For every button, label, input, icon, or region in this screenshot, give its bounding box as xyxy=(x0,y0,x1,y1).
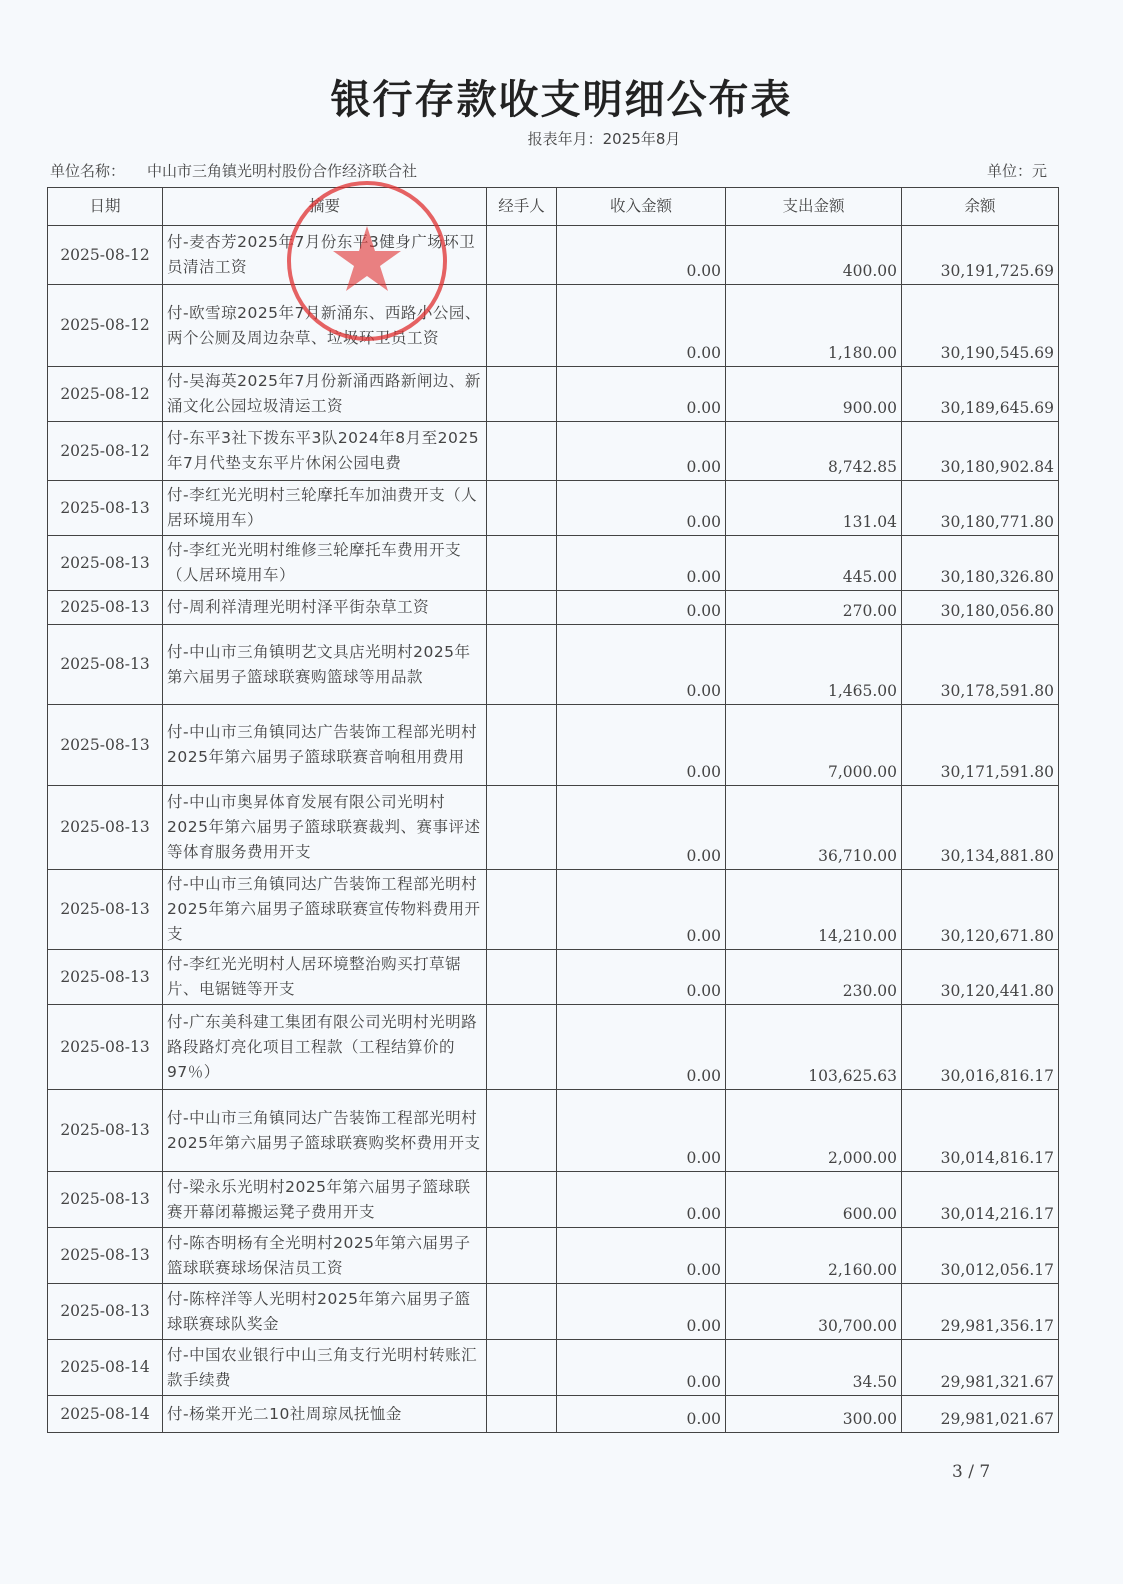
handler-cell xyxy=(487,870,557,950)
table-row: 2025-08-13付-中山市三角镇同达广告装饰工程部光明村2025年第六届男子… xyxy=(48,870,1059,950)
expense-cell: 445.00 xyxy=(726,536,902,591)
date-cell: 2025-08-12 xyxy=(48,285,163,367)
balance-cell: 30,171,591.80 xyxy=(902,705,1059,786)
summary-cell: 付-李红光光明村三轮摩托车加油费开支（人居环境用车） xyxy=(163,481,487,536)
handler-cell xyxy=(487,950,557,1005)
balance-cell: 30,134,881.80 xyxy=(902,786,1059,870)
balance-cell: 30,120,671.80 xyxy=(902,870,1059,950)
header-handler: 经手人 xyxy=(487,188,557,226)
summary-cell: 付-杨棠开光二10社周琼凤抚恤金 xyxy=(163,1396,487,1433)
balance-cell: 30,180,326.80 xyxy=(902,536,1059,591)
expense-cell: 270.00 xyxy=(726,591,902,625)
expense-cell: 1,465.00 xyxy=(726,625,902,705)
balance-cell: 29,981,021.67 xyxy=(902,1396,1059,1433)
handler-cell xyxy=(487,536,557,591)
income-cell: 0.00 xyxy=(557,536,726,591)
summary-cell: 付-中山市三角镇同达广告装饰工程部光明村2025年第六届男子篮球联赛购奖杯费用开… xyxy=(163,1090,487,1172)
expense-cell: 14,210.00 xyxy=(726,870,902,950)
date-cell: 2025-08-13 xyxy=(48,870,163,950)
summary-cell: 付-欧雪琼2025年7月新涌东、西路小公园、两个公厕及周边杂草、垃圾环卫员工资 xyxy=(163,285,487,367)
expense-cell: 103,625.63 xyxy=(726,1005,902,1090)
balance-cell: 30,190,545.69 xyxy=(902,285,1059,367)
date-cell: 2025-08-14 xyxy=(48,1396,163,1433)
balance-cell: 30,178,591.80 xyxy=(902,625,1059,705)
expense-cell: 30,700.00 xyxy=(726,1284,902,1340)
header-summary: 摘要 xyxy=(163,188,487,226)
expense-cell: 230.00 xyxy=(726,950,902,1005)
summary-cell: 付-陈杏明杨有全光明村2025年第六届男子篮球联赛球场保洁员工资 xyxy=(163,1228,487,1284)
date-cell: 2025-08-13 xyxy=(48,1284,163,1340)
expense-cell: 1,180.00 xyxy=(726,285,902,367)
summary-cell: 付-中山市奥昇体育发展有限公司光明村2025年第六届男子篮球联赛裁判、赛事评述等… xyxy=(163,786,487,870)
table-row: 2025-08-13付-李红光光明村人居环境整治购买打草锯片、电锯链等开支0.0… xyxy=(48,950,1059,1005)
income-cell: 0.00 xyxy=(557,226,726,285)
summary-cell: 付-东平3社下拨东平3队2024年8月至2025年7月代垫支东平片休闲公园电费 xyxy=(163,422,487,481)
expense-cell: 400.00 xyxy=(726,226,902,285)
date-cell: 2025-08-12 xyxy=(48,367,163,422)
income-cell: 0.00 xyxy=(557,786,726,870)
handler-cell xyxy=(487,1340,557,1396)
currency-unit: 单位：元 xyxy=(987,160,1047,181)
balance-cell: 30,180,902.84 xyxy=(902,422,1059,481)
date-cell: 2025-08-13 xyxy=(48,786,163,870)
handler-cell xyxy=(487,285,557,367)
date-cell: 2025-08-12 xyxy=(48,226,163,285)
table-row: 2025-08-14付-杨棠开光二10社周琼凤抚恤金0.00300.0029,9… xyxy=(48,1396,1059,1433)
unit-name: 单位名称：中山市三角镇光明村股份合作经济联合社 xyxy=(50,160,417,181)
income-cell: 0.00 xyxy=(557,1005,726,1090)
date-cell: 2025-08-12 xyxy=(48,422,163,481)
balance-cell: 30,191,725.69 xyxy=(902,226,1059,285)
summary-cell: 付-吴海英2025年7月份新涌西路新闸边、新涌文化公园垃圾清运工资 xyxy=(163,367,487,422)
table-row: 2025-08-13付-中山市三角镇明艺文具店光明村2025年第六届男子篮球联赛… xyxy=(48,625,1059,705)
income-cell: 0.00 xyxy=(557,422,726,481)
balance-cell: 30,014,816.17 xyxy=(902,1090,1059,1172)
income-cell: 0.00 xyxy=(557,367,726,422)
income-cell: 0.00 xyxy=(557,481,726,536)
expense-cell: 36,710.00 xyxy=(726,786,902,870)
table-row: 2025-08-13付-李红光光明村三轮摩托车加油费开支（人居环境用车）0.00… xyxy=(48,481,1059,536)
date-cell: 2025-08-13 xyxy=(48,625,163,705)
expense-cell: 131.04 xyxy=(726,481,902,536)
date-cell: 2025-08-13 xyxy=(48,950,163,1005)
income-cell: 0.00 xyxy=(557,1396,726,1433)
summary-cell: 付-中国农业银行中山三角支行光明村转账汇款手续费 xyxy=(163,1340,487,1396)
handler-cell xyxy=(487,1284,557,1340)
balance-cell: 30,189,645.69 xyxy=(902,367,1059,422)
income-cell: 0.00 xyxy=(557,1090,726,1172)
handler-cell xyxy=(487,1172,557,1228)
date-cell: 2025-08-13 xyxy=(48,1172,163,1228)
date-cell: 2025-08-13 xyxy=(48,1005,163,1090)
header-balance: 余额 xyxy=(902,188,1059,226)
summary-cell: 付-梁永乐光明村2025年第六届男子篮球联赛开幕闭幕搬运凳子费用开支 xyxy=(163,1172,487,1228)
table-row: 2025-08-13付-梁永乐光明村2025年第六届男子篮球联赛开幕闭幕搬运凳子… xyxy=(48,1172,1059,1228)
income-cell: 0.00 xyxy=(557,1228,726,1284)
handler-cell xyxy=(487,481,557,536)
date-cell: 2025-08-13 xyxy=(48,1228,163,1284)
summary-cell: 付-广东美科建工集团有限公司光明村光明路路段路灯亮化项目工程款（工程结算价的97… xyxy=(163,1005,487,1090)
handler-cell xyxy=(487,422,557,481)
table-row: 2025-08-13付-周利祥清理光明村泽平街杂草工资0.00270.0030,… xyxy=(48,591,1059,625)
handler-cell xyxy=(487,625,557,705)
document-title: 银行存款收支明细公布表 xyxy=(0,68,1123,125)
table-row: 2025-08-13付-广东美科建工集团有限公司光明村光明路路段路灯亮化项目工程… xyxy=(48,1005,1059,1090)
balance-cell: 29,981,356.17 xyxy=(902,1284,1059,1340)
balance-cell: 30,180,771.80 xyxy=(902,481,1059,536)
table-row: 2025-08-13付-李红光光明村维修三轮摩托车费用开支（人居环境用车）0.0… xyxy=(48,536,1059,591)
balance-cell: 30,180,056.80 xyxy=(902,591,1059,625)
income-cell: 0.00 xyxy=(557,591,726,625)
income-cell: 0.00 xyxy=(557,950,726,1005)
expense-cell: 2,000.00 xyxy=(726,1090,902,1172)
unit-name-value: 中山市三角镇光明村股份合作经济联合社 xyxy=(147,162,417,180)
expense-cell: 2,160.00 xyxy=(726,1228,902,1284)
date-cell: 2025-08-13 xyxy=(48,591,163,625)
income-cell: 0.00 xyxy=(557,870,726,950)
balance-cell: 29,981,321.67 xyxy=(902,1340,1059,1396)
income-cell: 0.00 xyxy=(557,1172,726,1228)
handler-cell xyxy=(487,591,557,625)
date-cell: 2025-08-13 xyxy=(48,1090,163,1172)
table-row: 2025-08-13付-中山市三角镇同达广告装饰工程部光明村2025年第六届男子… xyxy=(48,705,1059,786)
ledger-table: 日期 摘要 经手人 收入金额 支出金额 余额 2025-08-12付-麦杏芳20… xyxy=(47,187,1059,1433)
table-header-row: 日期 摘要 经手人 收入金额 支出金额 余额 xyxy=(48,188,1059,226)
handler-cell xyxy=(487,705,557,786)
report-period-value: 2025年8月 xyxy=(603,130,681,148)
balance-cell: 30,120,441.80 xyxy=(902,950,1059,1005)
handler-cell xyxy=(487,367,557,422)
unit-name-label: 单位名称： xyxy=(50,162,125,180)
expense-cell: 34.50 xyxy=(726,1340,902,1396)
date-cell: 2025-08-13 xyxy=(48,481,163,536)
header-income: 收入金额 xyxy=(557,188,726,226)
date-cell: 2025-08-13 xyxy=(48,705,163,786)
handler-cell xyxy=(487,1090,557,1172)
table-row: 2025-08-13付-中山市三角镇同达广告装饰工程部光明村2025年第六届男子… xyxy=(48,1090,1059,1172)
expense-cell: 7,000.00 xyxy=(726,705,902,786)
expense-cell: 300.00 xyxy=(726,1396,902,1433)
expense-cell: 600.00 xyxy=(726,1172,902,1228)
summary-cell: 付-中山市三角镇同达广告装饰工程部光明村2025年第六届男子篮球联赛音响租用费用 xyxy=(163,705,487,786)
report-period: 报表年月：2025年8月 xyxy=(0,128,1123,149)
income-cell: 0.00 xyxy=(557,285,726,367)
table-row: 2025-08-13付-陈梓洋等人光明村2025年第六届男子篮球联赛球队奖金0.… xyxy=(48,1284,1059,1340)
table-row: 2025-08-13付-陈杏明杨有全光明村2025年第六届男子篮球联赛球场保洁员… xyxy=(48,1228,1059,1284)
income-cell: 0.00 xyxy=(557,1340,726,1396)
balance-cell: 30,016,816.17 xyxy=(902,1005,1059,1090)
income-cell: 0.00 xyxy=(557,1284,726,1340)
summary-cell: 付-中山市三角镇同达广告装饰工程部光明村2025年第六届男子篮球联赛宣传物料费用… xyxy=(163,870,487,950)
summary-cell: 付-陈梓洋等人光明村2025年第六届男子篮球联赛球队奖金 xyxy=(163,1284,487,1340)
handler-cell xyxy=(487,226,557,285)
expense-cell: 8,742.85 xyxy=(726,422,902,481)
balance-cell: 30,012,056.17 xyxy=(902,1228,1059,1284)
table-row: 2025-08-12付-东平3社下拨东平3队2024年8月至2025年7月代垫支… xyxy=(48,422,1059,481)
header-date: 日期 xyxy=(48,188,163,226)
handler-cell xyxy=(487,786,557,870)
ledger-body: 2025-08-12付-麦杏芳2025年7月份东平3健身广场环卫员清洁工资0.0… xyxy=(48,226,1059,1433)
summary-cell: 付-李红光光明村人居环境整治购买打草锯片、电锯链等开支 xyxy=(163,950,487,1005)
summary-cell: 付-周利祥清理光明村泽平街杂草工资 xyxy=(163,591,487,625)
summary-cell: 付-麦杏芳2025年7月份东平3健身广场环卫员清洁工资 xyxy=(163,226,487,285)
summary-cell: 付-中山市三角镇明艺文具店光明村2025年第六届男子篮球联赛购篮球等用品款 xyxy=(163,625,487,705)
income-cell: 0.00 xyxy=(557,705,726,786)
date-cell: 2025-08-14 xyxy=(48,1340,163,1396)
expense-cell: 900.00 xyxy=(726,367,902,422)
handler-cell xyxy=(487,1396,557,1433)
income-cell: 0.00 xyxy=(557,625,726,705)
table-row: 2025-08-12付-麦杏芳2025年7月份东平3健身广场环卫员清洁工资0.0… xyxy=(48,226,1059,285)
date-cell: 2025-08-13 xyxy=(48,536,163,591)
handler-cell xyxy=(487,1228,557,1284)
handler-cell xyxy=(487,1005,557,1090)
summary-cell: 付-李红光光明村维修三轮摩托车费用开支（人居环境用车） xyxy=(163,536,487,591)
table-row: 2025-08-14付-中国农业银行中山三角支行光明村转账汇款手续费0.0034… xyxy=(48,1340,1059,1396)
report-period-label: 报表年月： xyxy=(528,130,603,148)
page-indicator: 3 / 7 xyxy=(952,1462,990,1482)
table-row: 2025-08-12付-欧雪琼2025年7月新涌东、西路小公园、两个公厕及周边杂… xyxy=(48,285,1059,367)
balance-cell: 30,014,216.17 xyxy=(902,1172,1059,1228)
table-row: 2025-08-12付-吴海英2025年7月份新涌西路新闸边、新涌文化公园垃圾清… xyxy=(48,367,1059,422)
header-expense: 支出金额 xyxy=(726,188,902,226)
table-row: 2025-08-13付-中山市奥昇体育发展有限公司光明村2025年第六届男子篮球… xyxy=(48,786,1059,870)
